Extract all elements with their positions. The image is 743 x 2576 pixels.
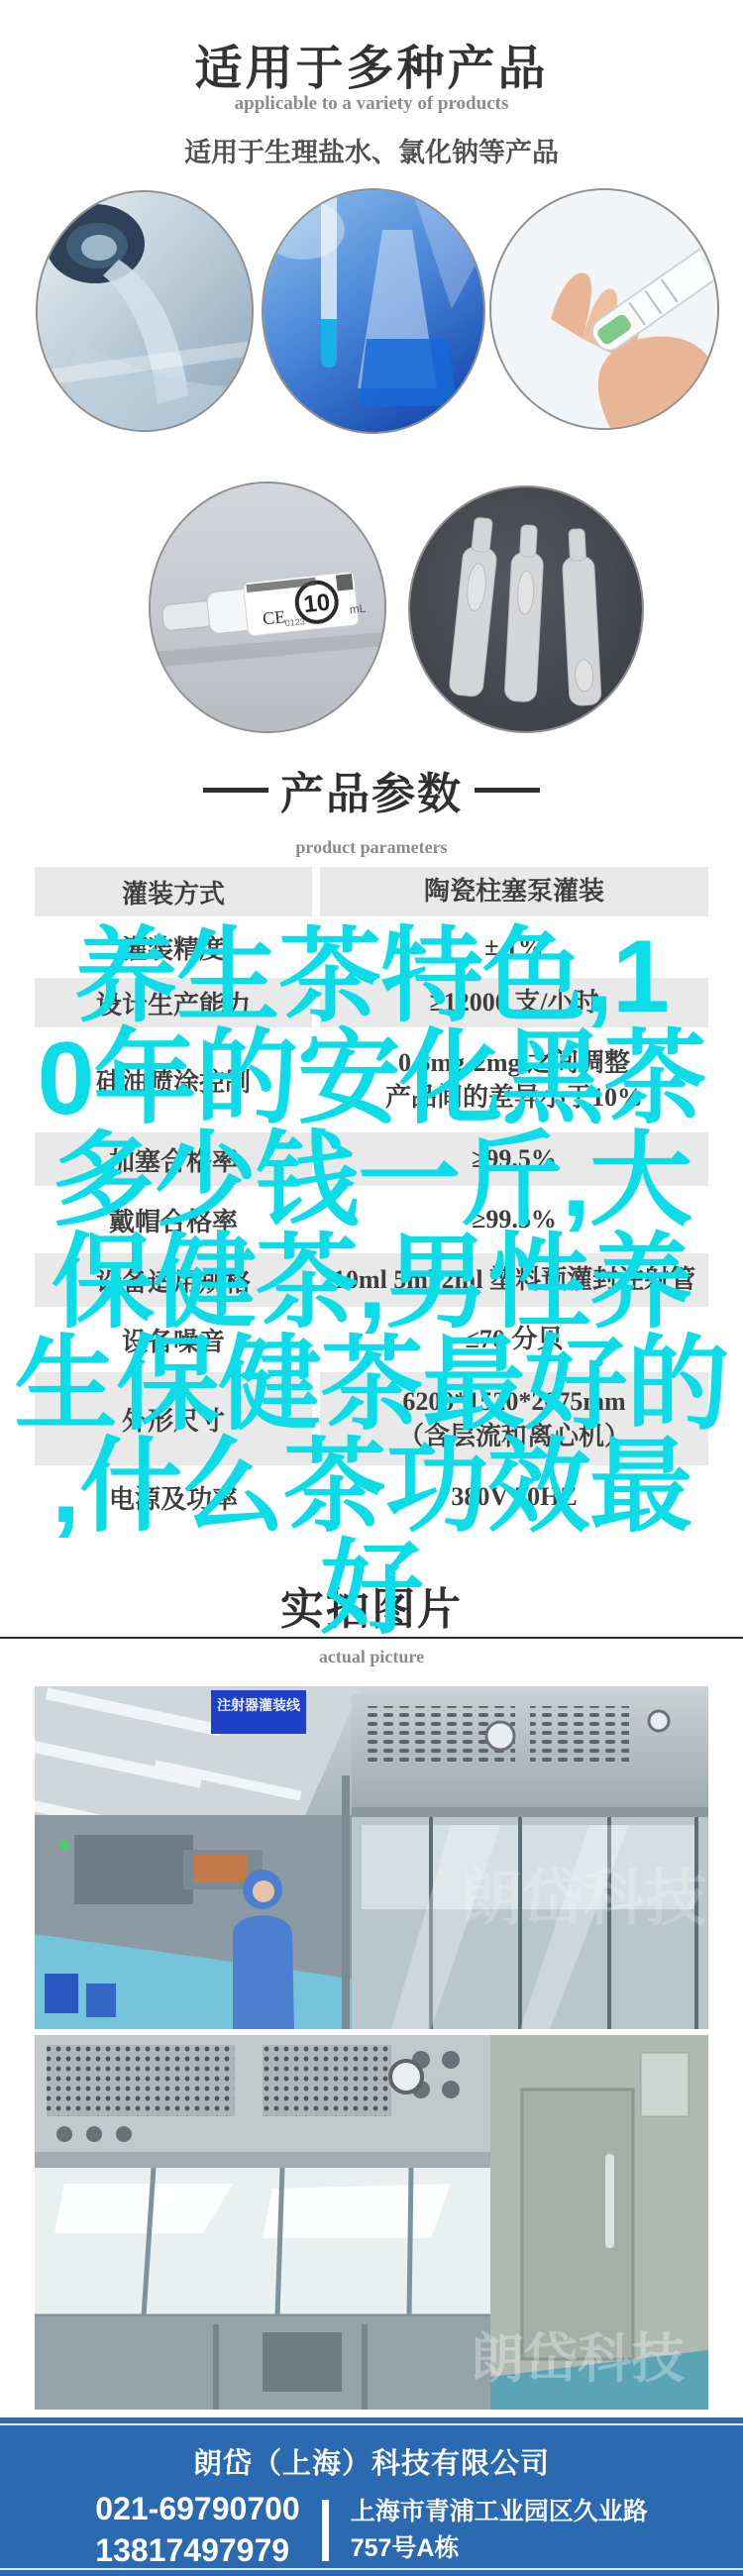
table-row: 外形尺寸 6200*1520*2075mm （含层流和离心机） (35, 1372, 708, 1465)
company-address: 上海市青浦工业园区久业路 757号A栋 (351, 2494, 648, 2566)
hand-syringe-illustration (491, 190, 717, 428)
table-row: 硅油喷涂控制 0.5mg-2mg 之间调整 产品间的差异小于10% (35, 1034, 708, 1126)
product-image-plastic-ampoules (408, 485, 644, 733)
photo-watermark-text: 朗岱科技 (471, 2329, 685, 2389)
phone-numbers: 021-69790700 13817497979 (95, 2489, 299, 2571)
table-row: 电源及功率 380V 50HZ (35, 1472, 708, 1522)
param-value: ≥99.5% (320, 1132, 708, 1186)
photo-watermark-text: 朗岱科技 (461, 1865, 706, 1933)
param-label: 设备适用规格 (35, 1253, 312, 1307)
factory-photo-filling-line: 注射器灌装线 (35, 1686, 708, 2029)
table-row: 灌装方式 陶瓷柱塞泵灌装 (35, 867, 708, 916)
syringe-volume-label: 10 (302, 589, 331, 618)
cleanroom-photo-1: 注射器灌装线 (35, 1686, 708, 2029)
phone-number-2: 13817497979 (95, 2530, 299, 2572)
param-label: 加塞合格率 (35, 1132, 312, 1186)
product-image-lab-glassware (262, 188, 485, 434)
footer-contact-row: 021-69790700 13817497979 上海市青浦工业园区久业路 75… (0, 2489, 743, 2571)
product-detail-page: 适用于多种产品 applicable to a variety of produ… (0, 0, 743, 2576)
parameters-table: 灌装方式 陶瓷柱塞泵灌装 灌装精度 ± 1% 设计生产能力 ≥12000 支/小… (35, 867, 708, 1529)
section-title-parameters: 产品参数 (280, 758, 463, 821)
plastic-ampoules-illustration (410, 487, 642, 731)
param-value: ≤70 分贝 (320, 1314, 708, 1365)
header-rule-left (203, 788, 268, 793)
cleanroom-photo-2: 朗岱科技 (35, 2035, 708, 2410)
ce-code-label: 0123 (284, 616, 305, 628)
section-subtitle-en-products: applicable to a variety of products (0, 93, 743, 115)
param-value: 380V 50HZ (320, 1472, 708, 1522)
address-line-1: 上海市青浦工业园区久业路 (351, 2494, 648, 2529)
product-image-prefilled-syringe: 10 mL CE 0123 (149, 482, 386, 733)
param-value: ± 1% (320, 923, 708, 971)
footer-divider-bar (322, 2500, 329, 2561)
product-image-hand-syringe (489, 188, 719, 430)
table-row: 灌装精度 ± 1% (35, 923, 708, 971)
section-divider-line (0, 1637, 743, 1639)
param-label: 硅油喷涂控制 (35, 1034, 312, 1126)
param-label: 电源及功率 (35, 1472, 312, 1522)
header-rule-right (475, 788, 540, 793)
company-name: 朗岱（上海）科技有限公司 (0, 2441, 743, 2482)
param-label: 设计生产能力 (35, 978, 312, 1027)
footer: 朗岱（上海）科技有限公司 021-69790700 13817497979 上海… (0, 2417, 743, 2576)
table-row: 设备噪音 ≤70 分贝 (35, 1314, 708, 1365)
param-value: 6200*1520*2075mm （含层流和离心机） (320, 1372, 708, 1465)
param-value: 0.5mg-2mg 之间调整 产品间的差异小于10% (320, 1034, 708, 1126)
factory-photo-machine-front: 朗岱科技 (35, 2035, 708, 2410)
section-subtitle-en-parameters: product parameters (0, 837, 743, 858)
line-sign-text: 注射器灌装线 (217, 1697, 301, 1713)
param-label: 设备噪音 (35, 1314, 312, 1365)
syringe-volume-unit: mL (349, 601, 367, 617)
param-value: 陶瓷柱塞泵灌装 (320, 867, 708, 916)
section-title-products: 适用于多种产品 (0, 30, 743, 98)
param-value: ≥12000 支/小时 (320, 978, 708, 1027)
section-title-photos: 实拍图片 (0, 1573, 743, 1637)
param-value: 10ml 5ml 2ml 塑料预灌封注射管 (320, 1253, 708, 1307)
param-label: 灌装方式 (35, 867, 312, 916)
footer-top-hairline (0, 2423, 743, 2425)
lab-glassware-illustration (264, 190, 483, 432)
table-row: 戴帽合格率 ≥99.5% (35, 1193, 708, 1246)
phone-number-1: 021-69790700 (95, 2489, 299, 2530)
products-description: 适用于生理盐水、氯化钠等产品 (0, 131, 743, 169)
table-row: 加塞合格率 ≥99.5% (35, 1132, 708, 1186)
param-label: 戴帽合格率 (35, 1193, 312, 1246)
address-line-2: 757号A栋 (351, 2530, 648, 2566)
ce-mark-label: CE (262, 606, 286, 628)
product-image-water-pouring (36, 190, 254, 432)
table-row: 设计生产能力 ≥12000 支/小时 (35, 978, 708, 1027)
param-label: 外形尺寸 (35, 1372, 312, 1465)
param-label: 灌装精度 (35, 923, 312, 971)
prefilled-syringe-illustration: 10 mL CE 0123 (151, 483, 384, 731)
param-value: ≥99.5% (320, 1193, 708, 1246)
water-pouring-illustration (38, 192, 252, 430)
section-subtitle-en-photos: actual picture (0, 1647, 743, 1667)
table-row: 设备适用规格 10ml 5ml 2ml 塑料预灌封注射管 (35, 1253, 708, 1307)
section-header-parameters: 产品参数 (0, 758, 743, 821)
